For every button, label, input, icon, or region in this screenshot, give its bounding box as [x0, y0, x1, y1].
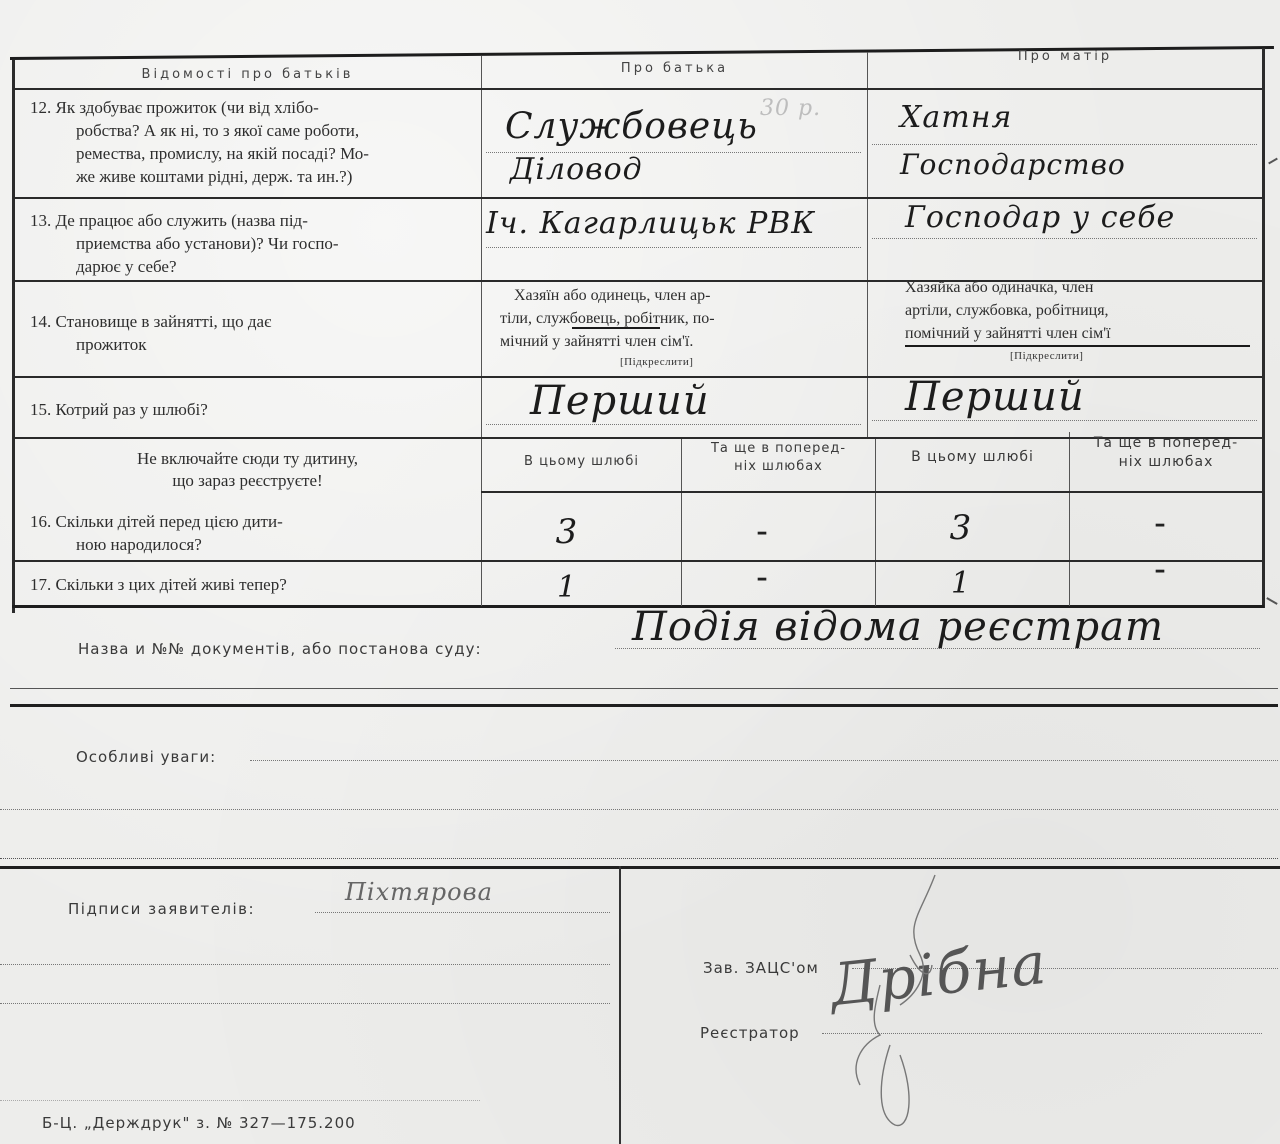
- applicants-dotline-2: [0, 964, 610, 965]
- q14-label: 14. Становище в зайнятті, що дає прожито…: [30, 310, 480, 356]
- applicants-label: Підписи заявителів:: [68, 898, 255, 920]
- printer-imprint: Б-Ц. „Держдрук" з. № 327—175.200: [42, 1112, 356, 1134]
- q12-father-occupation[interactable]: Службовець: [505, 106, 758, 147]
- q13-mother-dotline: [872, 238, 1257, 239]
- applicants-dotline: [315, 912, 610, 913]
- edge-mark-2: [1266, 597, 1277, 605]
- table-left-border: [12, 60, 15, 613]
- q12-mother-position[interactable]: Господарство: [900, 148, 1126, 181]
- father-subheader-prev-l1: Та ще в поперед-: [682, 440, 875, 458]
- q13-label: 13. Де працює або служить (назва під- пр…: [30, 209, 480, 278]
- q16-mother-prev[interactable]: –: [1070, 512, 1250, 537]
- q13-father-workplace[interactable]: Іч. Кагарлицьк РВК: [486, 206, 816, 241]
- q14-father-option-line-1: Хазяїн або одинець, член ар-: [500, 284, 860, 307]
- children-note-line-2: що зараз реєструєте!: [14, 470, 481, 492]
- father-subheader-prev: Та ще в поперед- ніх шлюбах: [682, 440, 875, 476]
- q16-mother-this[interactable]: 3: [876, 508, 1046, 548]
- q12-line-2: робства? А як ні, то з якої саме роботи,: [30, 119, 480, 142]
- children-note: Не включайте сюди ту дитину, що зараз ре…: [14, 448, 481, 492]
- mother-subheader-this: В цьому шлюбі: [876, 446, 1069, 468]
- header-info: Відомості про батьків: [14, 64, 481, 86]
- q14-father-hint: [Підкреслити]: [620, 356, 693, 368]
- q14-mother-option-line-3: помічний у зайнятті член сім'ї: [905, 322, 1250, 345]
- q16-father-prev[interactable]: –: [682, 520, 842, 545]
- q16-line-1: 16. Скільки дітей перед цією дити-: [30, 510, 480, 533]
- q14-father-option-line-3: мічний у зайнятті член сім'ї.: [500, 330, 860, 353]
- documents-separator: [10, 704, 1278, 707]
- head-label: Зав. ЗАЦС'ом: [703, 957, 819, 979]
- table-right-border: [1262, 48, 1265, 608]
- mother-subheader-prev-l1: Та ще в поперед-: [1070, 434, 1262, 453]
- documents-value[interactable]: Подія відома реєстрат: [632, 604, 1164, 650]
- col-sep-father-mother: [867, 52, 868, 438]
- q15-mother-marriage-count[interactable]: Перший: [905, 374, 1085, 420]
- father-subheader-prev-l2: ніх шлюбах: [682, 458, 875, 476]
- q15-father-dotline: [486, 424, 861, 425]
- q16-line-2: ною народилося?: [30, 533, 480, 556]
- q16-label: 16. Скільки дітей перед цією дити- ною н…: [30, 510, 480, 556]
- q12-mother-occupation[interactable]: Хатня: [900, 100, 1012, 135]
- documents-label: Назва и №№ документів, або постанова суд…: [78, 638, 482, 660]
- document-page: Відомості про батьків Про батька Про мат…: [0, 0, 1280, 1144]
- q15-father-marriage-count[interactable]: Перший: [530, 378, 710, 424]
- q12-mother-dotline: [872, 144, 1257, 145]
- header-father: Про батька: [482, 58, 867, 80]
- q13-line-3: дарює у себе?: [30, 255, 480, 278]
- q12-line-1: 12. Як здобуває прожиток (чи від хлібо-: [30, 96, 480, 119]
- registrar-label: Реєстратор: [700, 1022, 800, 1044]
- q12-father-margin-note: 30 р.: [760, 96, 821, 121]
- applicants-signature[interactable]: Піхтярова: [345, 878, 493, 906]
- q14-mother-option-line-1: Хазяйка або одиначка, член: [905, 276, 1250, 299]
- q14-father-option-line-2: тіли, службовець, робітник, по-: [500, 307, 860, 330]
- documents-line-2: [10, 688, 1278, 689]
- applicants-dotline-4: [0, 1100, 480, 1101]
- q16-father-this[interactable]: 3: [482, 512, 652, 552]
- q12-father-position[interactable]: Діловод: [510, 152, 643, 187]
- q14-mother-options: Хазяйка або одиначка, член артіли, служб…: [905, 276, 1250, 345]
- q17-label: 17. Скільки з цих дітей живі тепер?: [30, 575, 287, 595]
- q17-father-prev[interactable]: –: [682, 566, 842, 591]
- row-sep-subheader: [481, 491, 1262, 493]
- q12-line-3: ремества, промислу, на якій посаді? Мо-: [30, 142, 480, 165]
- signatures-divider: [619, 866, 621, 1144]
- q17-father-this[interactable]: 1: [482, 570, 652, 605]
- remarks-separator: [0, 866, 1280, 869]
- q15-mother-dotline: [872, 420, 1257, 421]
- q14-mother-hint: [Підкреслити]: [1010, 350, 1083, 362]
- q17-mother-this[interactable]: 1: [876, 566, 1046, 601]
- q13-mother-workplace[interactable]: Господар у себе: [905, 200, 1175, 235]
- header-mother: Про матір: [868, 46, 1262, 68]
- q17-mother-prev[interactable]: –: [1070, 558, 1250, 583]
- remarks-dotline-1: [250, 760, 1278, 761]
- q13-line-2: приемства або установи)? Чи госпо-: [30, 232, 480, 255]
- row-sep-header: [14, 88, 1262, 90]
- q14-father-underline-mark: [572, 327, 660, 329]
- edge-mark: [1268, 158, 1278, 165]
- row-sep-12: [14, 197, 1262, 199]
- mother-subheader-prev-l2: ніх шлюбах: [1070, 453, 1262, 472]
- q14-father-options: Хазяїн або одинець, член ар- тіли, служб…: [500, 284, 860, 353]
- remarks-label: Особливі уваги:: [76, 746, 216, 768]
- q14-line-2: прожиток: [30, 333, 480, 356]
- q14-mother-underline-mark: [905, 345, 1250, 347]
- q14-mother-option-line-2: артіли, службовка, робітниця,: [905, 299, 1250, 322]
- children-note-line-1: Не включайте сюди ту дитину,: [14, 448, 481, 470]
- father-subheader-this: В цьому шлюбі: [482, 451, 681, 473]
- mother-subheader-prev: Та ще в поперед- ніх шлюбах: [1070, 434, 1262, 472]
- q14-line-1: 14. Становище в зайнятті, що дає: [30, 310, 480, 333]
- q13-line-1: 13. Де працює або служить (назва під-: [30, 209, 480, 232]
- q13-father-dotline: [486, 247, 861, 248]
- remarks-dotline-3: [0, 858, 1278, 859]
- q12-label: 12. Як здобуває прожиток (чи від хлібо- …: [30, 96, 480, 188]
- applicants-dotline-3: [0, 1003, 610, 1004]
- q12-line-4: же живе коштами рідні, держ. та ин.?): [30, 165, 480, 188]
- signature-flourish-icon: [820, 855, 1000, 1135]
- q15-label: 15. Котрий раз у шлюбі?: [30, 400, 208, 420]
- remarks-dotline-2: [0, 809, 1278, 810]
